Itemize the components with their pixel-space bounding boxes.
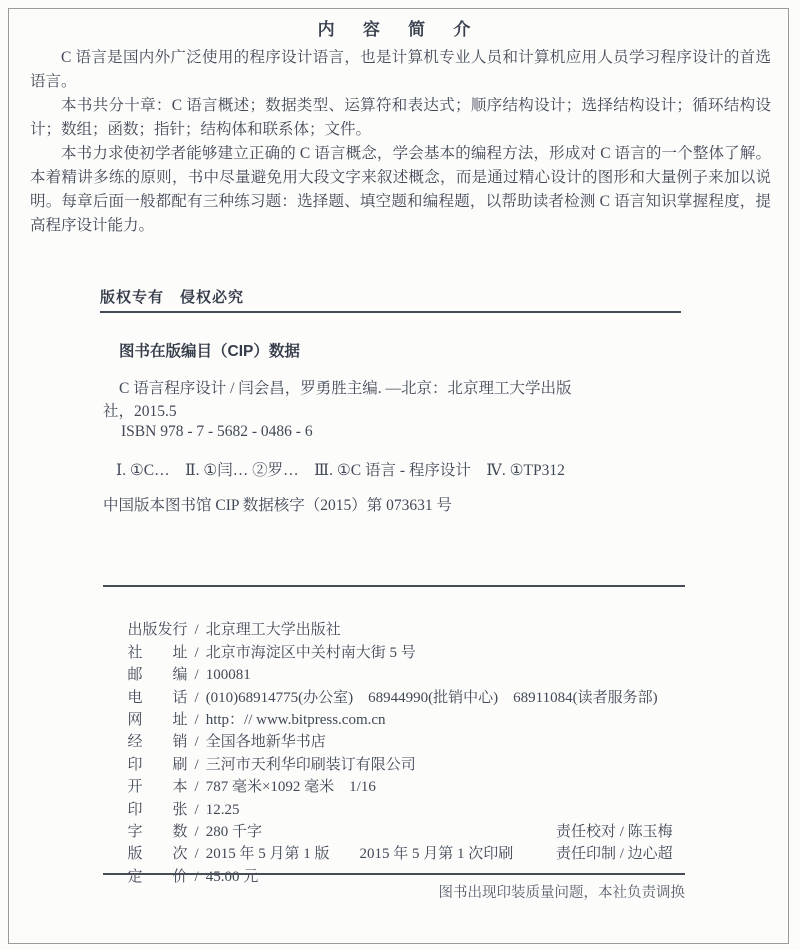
cip-title-line-1: C 语言程序设计 / 闫会昌，罗勇胜主编. —北京：北京理工大学出版 — [119, 376, 572, 398]
copyright-notice: 版权专有 侵权必究 — [100, 286, 244, 307]
colophon-proofreader: 责任校对 / 陈玉梅 — [556, 821, 673, 843]
colophon-row-distribution: 经 销/全国各地新华书店 — [105, 709, 745, 731]
cip-title-line-2: 社，2015.5 — [103, 399, 177, 421]
colophon-row-price: 定 价/45.00 元责任印制 / 边心超 — [105, 843, 745, 865]
cip-isbn: ISBN 978 - 7 - 5682 - 0486 - 6 — [121, 423, 313, 441]
intro-paragraph-1: C 语言是国内外广泛使用的程序设计语言，也是计算机专业人员和计算机应用人员学习程… — [30, 46, 771, 94]
colophon-row-sheets: 印 张/12.25 — [105, 776, 745, 798]
colophon-row-printer: 印 刷/三河市天利华印刷装订有限公司 — [105, 731, 745, 753]
colophon-bottom-rule — [103, 873, 685, 875]
colophon-row-wordcount: 字 数/280 千字 — [105, 799, 745, 821]
section-title: 内 容 简 介 — [0, 15, 800, 40]
colophon-row-publisher: 出版发行/北京理工大学出版社 — [105, 597, 745, 619]
copyright-rule — [100, 311, 681, 313]
intro-paragraph-2: 本书共分十章：C 语言概述；数据类型、运算符和表达式；顺序结构设计；选择结构设计… — [30, 94, 771, 142]
cip-classification: Ⅰ. ①C… Ⅱ. ①闫… ②罗… Ⅲ. ①C 语言 - 程序设计 Ⅳ. ①TP… — [116, 458, 565, 480]
copyright-page: 内 容 简 介 C 语言是国内外广泛使用的程序设计语言，也是计算机专业人员和计算… — [0, 0, 800, 950]
colophon-row-format: 开 本/787 毫米×1092 毫米 1/16 — [105, 754, 745, 776]
intro-paragraph-3: 本书力求使初学者能够建立正确的 C 语言概念，学会基本的编程方法，形成对 C 语… — [30, 142, 771, 238]
cip-heading: 图书在版编目（CIP）数据 — [119, 339, 300, 361]
colophon: 出版发行/北京理工大学出版社 社 址/北京市海淀区中关村南大街 5 号 邮 编/… — [105, 597, 745, 866]
intro-block: C 语言是国内外广泛使用的程序设计语言，也是计算机专业人员和计算机应用人员学习程… — [30, 46, 771, 238]
colophon-row-edition: 版 次/2015 年 5 月第 1 版 2015 年 5 月第 1 次印刷责任校… — [105, 821, 745, 843]
colophon-print-supervisor: 责任印制 / 边心超 — [556, 843, 673, 865]
colophon-top-rule — [103, 585, 685, 587]
colophon-row-address: 社 址/北京市海淀区中关村南大街 5 号 — [105, 619, 745, 641]
colophon-row-website: 网 址/http：// www.bitpress.com.cn — [105, 687, 745, 709]
colophon-row-postcode: 邮 编/100081 — [105, 642, 745, 664]
cip-registry: 中国版本图书馆 CIP 数据核字（2015）第 073631 号 — [103, 493, 452, 515]
colophon-row-phone: 电 话/(010)68914775(办公室) 68944990(批销中心) 68… — [105, 664, 745, 686]
quality-exchange-note: 图书出现印装质量问题，本社负责调换 — [103, 881, 685, 902]
